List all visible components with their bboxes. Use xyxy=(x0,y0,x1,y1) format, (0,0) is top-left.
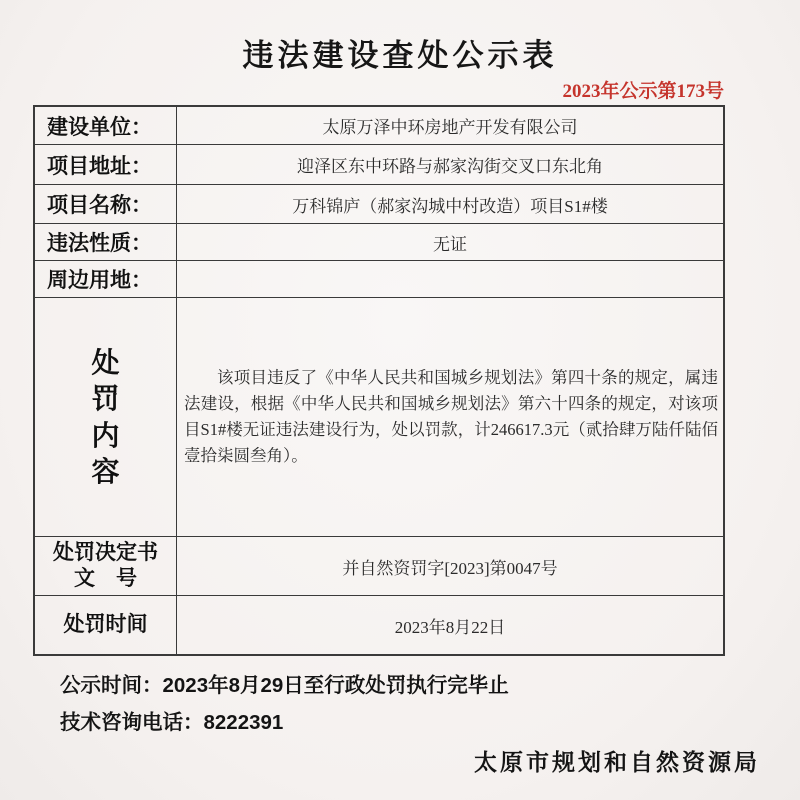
construction-unit-value: 太原万泽中环房地产开发有限公司 xyxy=(177,107,723,144)
violation-nature-label: 违法性质： xyxy=(35,224,177,260)
table-row-violation-nature: 违法性质： 无证 xyxy=(35,223,723,260)
penalty-content-cell: 该项目违反了《中华人民共和国城乡规划法》第四十条的规定，属违法建设，根据《中华人… xyxy=(177,298,723,536)
table-row-project-name: 项目名称： 万科锦庐（郝家沟城中村改造）项目S1#楼 xyxy=(35,184,723,223)
notice-table: 建设单位： 太原万泽中环房地产开发有限公司 项目地址： 迎泽区东中环路与郝家沟街… xyxy=(33,105,725,656)
issuing-authority: 太原市规划和自然资源局 xyxy=(474,744,760,777)
decision-number-label-line1: 处罚决定书 xyxy=(53,540,158,566)
project-name-label: 项目名称： xyxy=(35,185,177,223)
table-row-construction-unit: 建设单位： 太原万泽中环房地产开发有限公司 xyxy=(35,107,723,144)
surrounding-land-value xyxy=(177,261,723,297)
publicity-period-text: 公示时间：2023年8月29日至行政处罚执行完毕止 xyxy=(60,668,509,698)
penalty-label-char: 容 xyxy=(91,457,119,486)
penalty-label-char: 处 xyxy=(91,348,119,377)
decision-number-label-line2: 文 号 xyxy=(74,566,137,592)
penalty-content-text: 该项目违反了《中华人民共和国城乡规划法》第四十条的规定，属违法建设，根据《中华人… xyxy=(184,365,718,469)
project-address-value: 迎泽区东中环路与郝家沟街交叉口东北角 xyxy=(177,145,723,184)
violation-nature-value: 无证 xyxy=(177,224,723,260)
table-row-surrounding-land: 周边用地： xyxy=(35,260,723,297)
project-address-label: 项目地址： xyxy=(35,145,177,184)
doc-number: 2023年公示第173号 xyxy=(562,76,724,103)
table-row-penalty-content: 处 罚 内 容 该项目违反了《中华人民共和国城乡规划法》第四十条的规定，属违法建… xyxy=(35,297,723,536)
penalty-label-char: 罚 xyxy=(91,384,119,413)
decision-number-value: 并自然资罚字[2023]第0047号 xyxy=(177,537,723,595)
construction-unit-label: 建设单位： xyxy=(35,107,177,144)
penalty-content-label: 处 罚 内 容 xyxy=(35,298,177,536)
table-row-decision-number: 处罚决定书 文 号 并自然资罚字[2023]第0047号 xyxy=(35,536,723,595)
page-title: 违法建设查处公示表 xyxy=(0,30,800,75)
penalty-time-value: 2023年8月22日 xyxy=(177,596,723,654)
decision-number-label: 处罚决定书 文 号 xyxy=(35,537,177,595)
table-row-penalty-time: 处罚时间 2023年8月22日 xyxy=(35,595,723,654)
penalty-time-label: 处罚时间 xyxy=(35,596,177,654)
consultation-phone-text: 技术咨询电话：8222391 xyxy=(60,705,283,735)
project-name-value: 万科锦庐（郝家沟城中村改造）项目S1#楼 xyxy=(177,185,723,223)
table-row-project-address: 项目地址： 迎泽区东中环路与郝家沟街交叉口东北角 xyxy=(35,144,723,184)
surrounding-land-label: 周边用地： xyxy=(35,261,177,297)
penalty-label-char: 内 xyxy=(91,421,119,450)
